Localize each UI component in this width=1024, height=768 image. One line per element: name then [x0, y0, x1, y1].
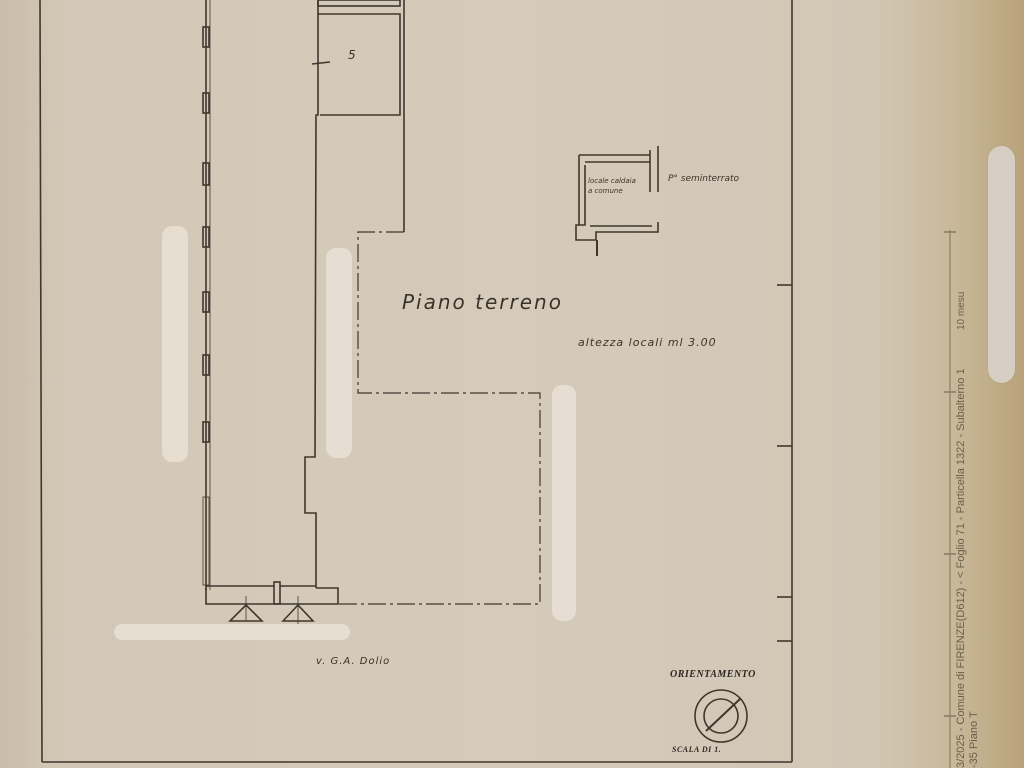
plan-title: Piano terreno	[402, 290, 563, 314]
redaction-bar	[326, 248, 352, 458]
floor-plan-sheet: Piano terreno altezza locali ml 3.00 P° …	[0, 0, 1024, 768]
redaction-bar	[552, 385, 576, 621]
scale-label: SCALA DI 1.	[672, 745, 721, 754]
room-number: 5	[348, 48, 356, 62]
basement-room-label: locale caldaia a comune	[588, 176, 638, 196]
vertical-scrollbar[interactable]	[988, 146, 1015, 383]
height-note: altezza locali ml 3.00	[578, 336, 717, 349]
redaction-bar	[114, 624, 350, 640]
redaction-bar	[162, 226, 188, 462]
basement-label: P° seminterrato	[668, 174, 739, 184]
floor-plan-drawing	[0, 0, 1024, 768]
compass-icon	[695, 690, 747, 742]
cadastral-stamp-line2: -35 Piano T	[968, 711, 980, 768]
cadastral-stamp-extra: 10 mesu	[956, 292, 967, 330]
cadastral-stamp: 3/2025 - Comune di FIRENZE(D612) - < Fog…	[955, 368, 967, 768]
orientation-title: ORIENTAMENTO	[670, 669, 756, 680]
street-label: v. G.A. Dolio	[316, 656, 390, 667]
